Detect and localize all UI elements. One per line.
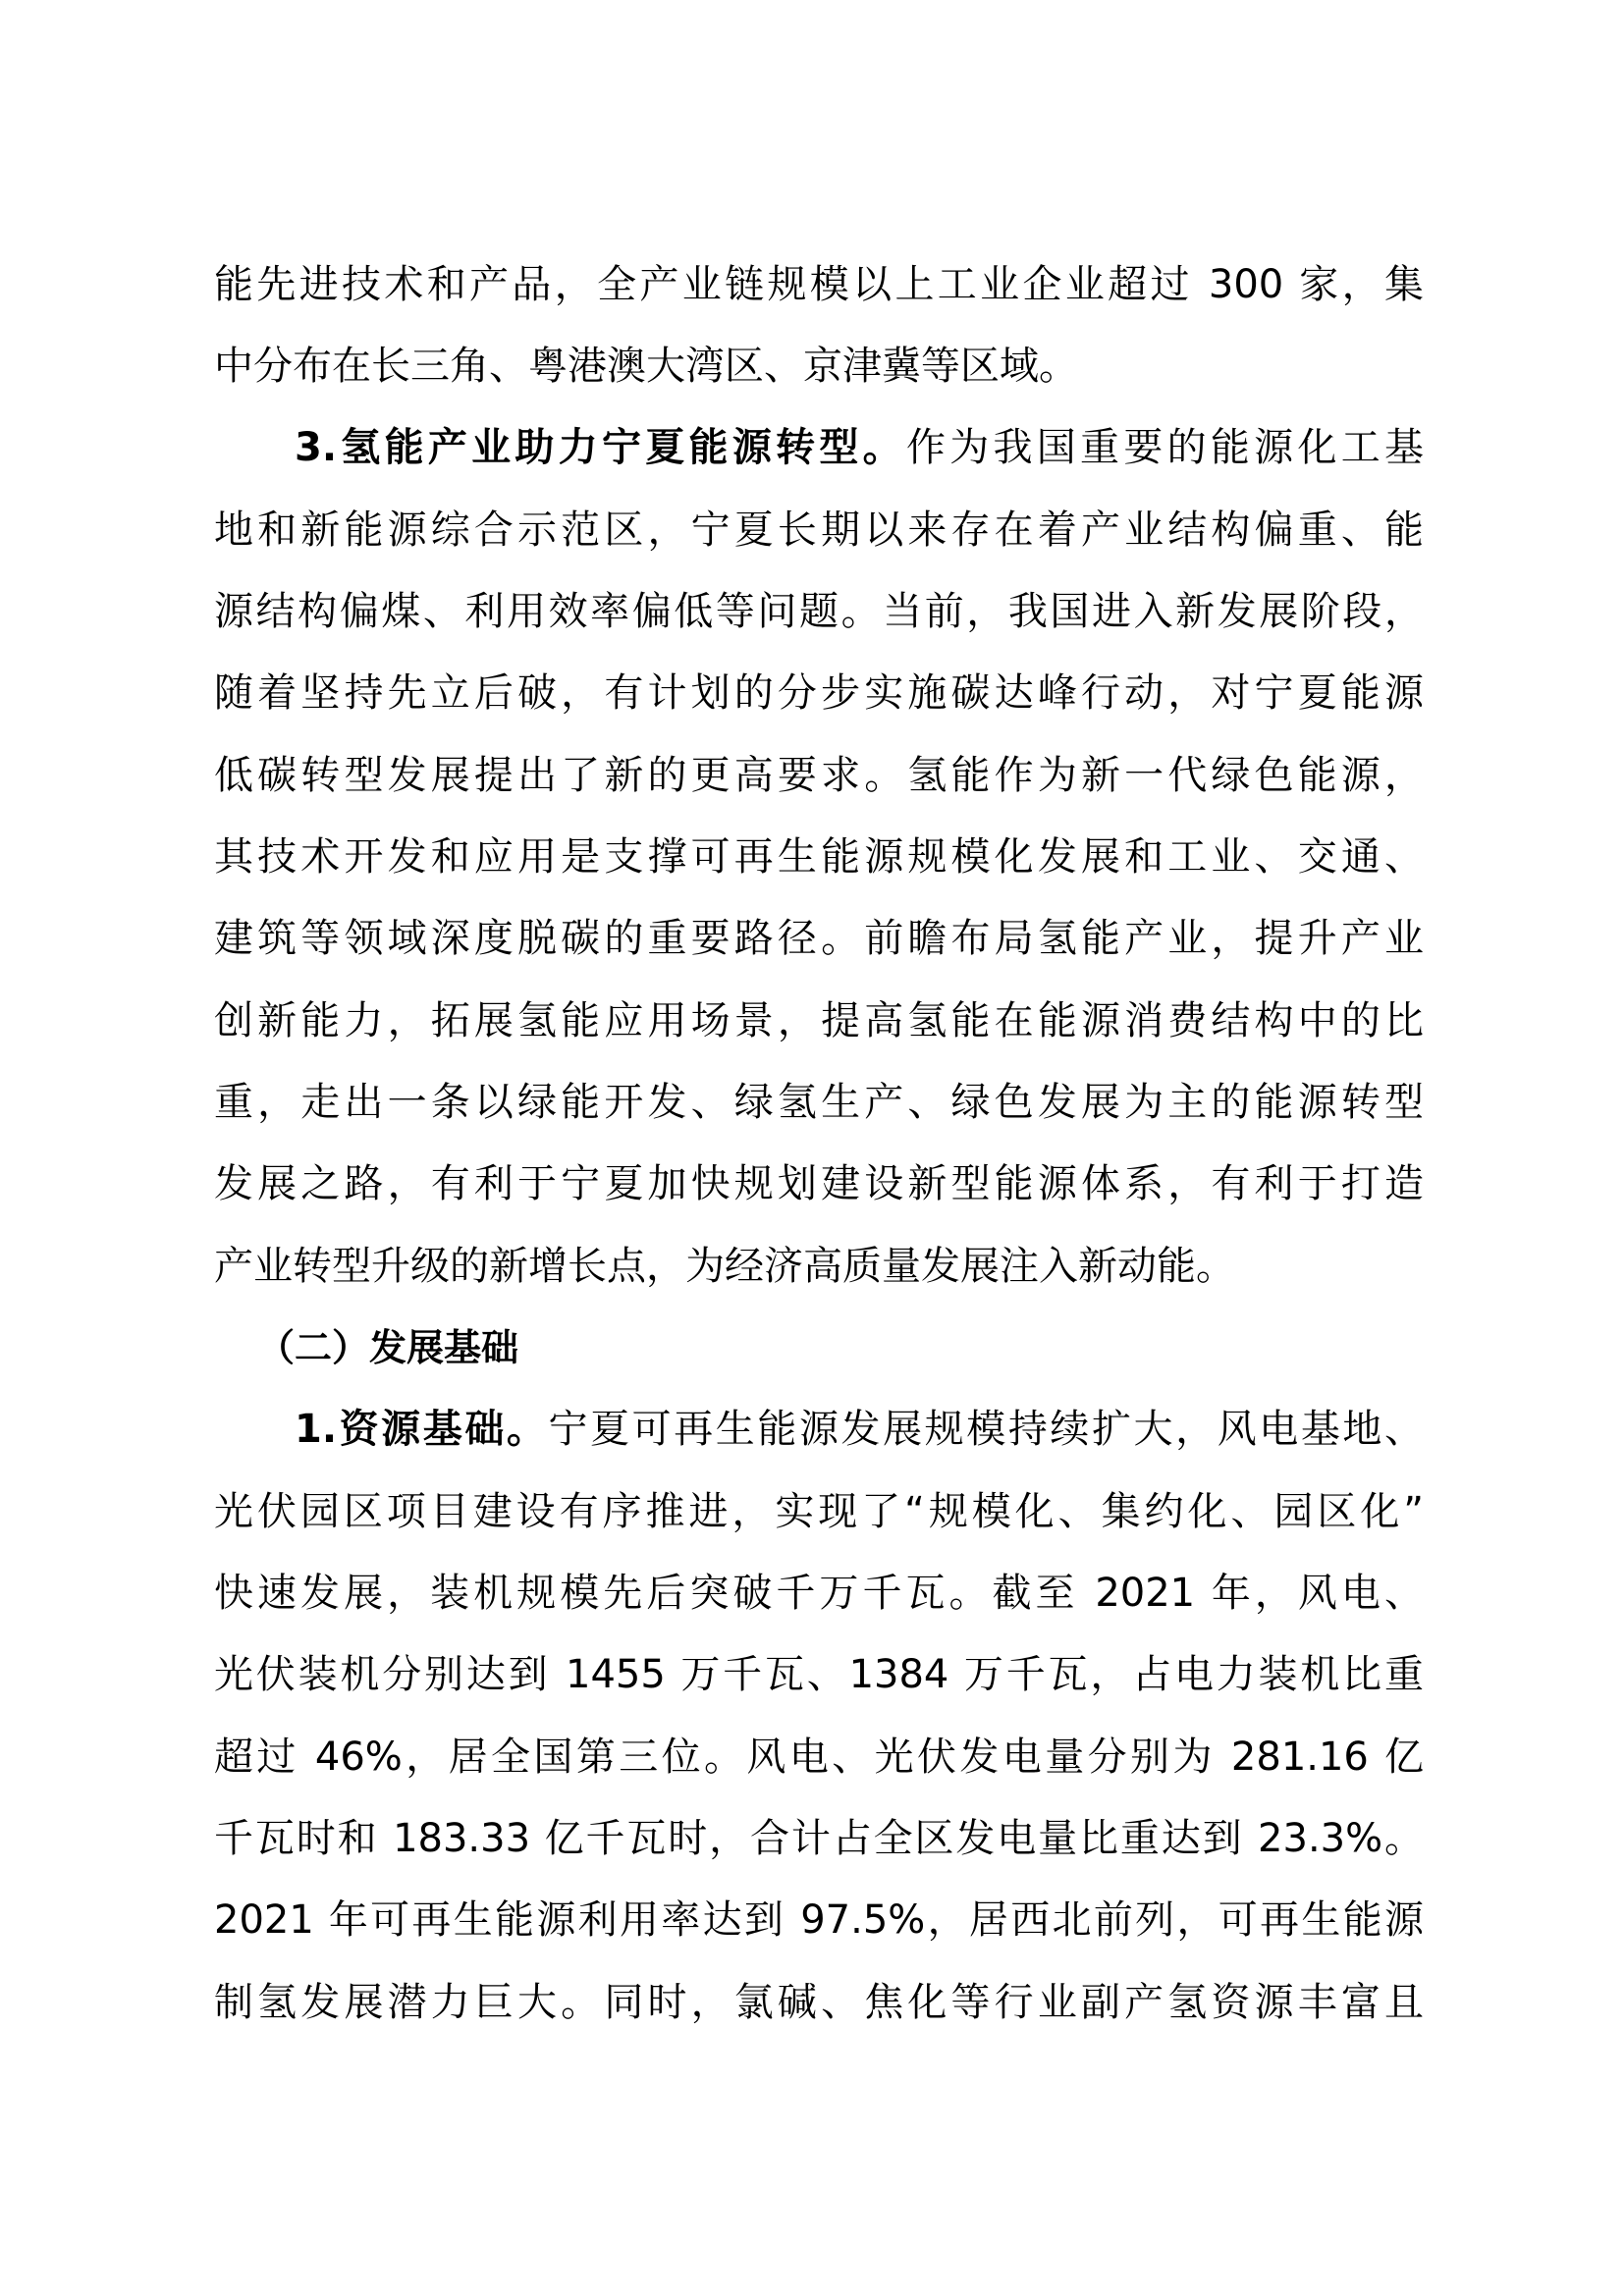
paragraph-line: 建筑等领域深度脱碳的重要路径。前瞻布局氢能产业，提升产业: [214, 909, 1424, 968]
paragraph-line: 重，走出一条以绿能开发、绿氢生产、绿色发展为主的能源转型: [214, 1073, 1424, 1132]
line-text: 随着坚持先立后破，有计划的分步实施碳达峰行动，对宁夏能源: [214, 670, 1424, 716]
section-lead-title: 1.资源基础。: [295, 1407, 548, 1452]
section-heading: （二）发展基础: [257, 1318, 846, 1377]
paragraph-line: 制氢发展潜力巨大。同时，氯碱、焦化等行业副产氢资源丰富且: [214, 1973, 1424, 2032]
line-text: 光伏园区项目建设有序推进，实现了“规模化、集约化、园区化”: [214, 1489, 1424, 1534]
line-text: 地和新能源综合示范区，宁夏长期以来存在着产业结构偏重、能: [214, 507, 1424, 553]
line-text: 2021 年可再生能源利用率达到 97.5%，居西北前列，可再生能源: [214, 1897, 1424, 1943]
line-text: 能先进技术和产品，全产业链规模以上工业企业超过 300 家，集: [214, 262, 1424, 307]
paragraph-line: 千瓦时和 183.33 亿千瓦时，合计占全区发电量比重达到 23.3%。: [214, 1809, 1424, 1868]
paragraph-line: 低碳转型发展提出了新的更高要求。氢能作为新一代绿色能源，: [214, 746, 1424, 805]
document-page: 能先进技术和产品，全产业链规模以上工业企业超过 300 家，集 中分布在长三角、…: [0, 0, 1624, 2296]
paragraph-line: 能先进技术和产品，全产业链规模以上工业企业超过 300 家，集: [214, 255, 1424, 314]
paragraph-line: 创新能力，拓展氢能应用场景，提高氢能在能源消费结构中的比: [214, 991, 1424, 1050]
paragraph-line: 超过 46%，居全国第三位。风电、光伏发电量分别为 281.16 亿: [214, 1728, 1424, 1787]
paragraph-line: 随着坚持先立后破，有计划的分步实施碳达峰行动，对宁夏能源: [214, 664, 1424, 722]
line-text: 千瓦时和 183.33 亿千瓦时，合计占全区发电量比重达到 23.3%。: [214, 1816, 1424, 1861]
paragraph-line: 光伏园区项目建设有序推进，实现了“规模化、集约化、园区化”: [214, 1482, 1424, 1541]
line-text: 其技术开发和应用是支撑可再生能源规模化发展和工业、交通、: [214, 834, 1424, 880]
paragraph-line: 光伏装机分别达到 1455 万千瓦、1384 万千瓦，占电力装机比重: [214, 1645, 1424, 1704]
line-text: 光伏装机分别达到 1455 万千瓦、1384 万千瓦，占电力装机比重: [214, 1652, 1424, 1697]
line-text: 宁夏可再生能源发展规模持续扩大，风电基地、: [548, 1407, 1424, 1452]
paragraph-line: 地和新能源综合示范区，宁夏长期以来存在着产业结构偏重、能: [214, 501, 1424, 560]
line-text: 建筑等领域深度脱碳的重要路径。前瞻布局氢能产业，提升产业: [214, 916, 1424, 961]
line-text: 创新能力，拓展氢能应用场景，提高氢能在能源消费结构中的比: [214, 998, 1424, 1043]
paragraph-line: 源结构偏煤、利用效率偏低等问题。当前，我国进入新发展阶段，: [214, 582, 1424, 641]
section-lead-line: 1.资源基础。宁夏可再生能源发展规模持续扩大，风电基地、: [295, 1400, 1424, 1459]
paragraph-line: 产业转型升级的新增长点，为经济高质量发展注入新动能。: [214, 1237, 1424, 1296]
paragraph-line: 快速发展，装机规模先后突破千万千瓦。截至 2021 年，风电、: [214, 1564, 1424, 1623]
paragraph-line: 发展之路，有利于宁夏加快规划建设新型能源体系，有利于打造: [214, 1154, 1424, 1213]
line-text: 低碳转型发展提出了新的更高要求。氢能作为新一代绿色能源，: [214, 753, 1424, 798]
paragraph-line: 2021 年可再生能源利用率达到 97.5%，居西北前列，可再生能源: [214, 1891, 1424, 1949]
line-text: 重，走出一条以绿能开发、绿氢生产、绿色发展为主的能源转型: [214, 1080, 1424, 1125]
line-text: 超过 46%，居全国第三位。风电、光伏发电量分别为 281.16 亿: [214, 1735, 1424, 1780]
line-text: 中分布在长三角、粤港澳大湾区、京津冀等区域。: [214, 344, 1078, 389]
line-text: 源结构偏煤、利用效率偏低等问题。当前，我国进入新发展阶段，: [214, 589, 1424, 634]
line-text: 作为我国重要的能源化工基: [906, 425, 1424, 470]
line-text: 制氢发展潜力巨大。同时，氯碱、焦化等行业副产氢资源丰富且: [214, 1980, 1424, 2025]
paragraph-line: 中分布在长三角、粤港澳大湾区、京津冀等区域。: [214, 337, 1424, 396]
section-lead-line: 3.氢能产业助力宁夏能源转型。作为我国重要的能源化工基: [295, 418, 1424, 477]
line-text: 产业转型升级的新增长点，为经济高质量发展注入新动能。: [214, 1244, 1235, 1289]
line-text: 快速发展，装机规模先后突破千万千瓦。截至 2021 年，风电、: [214, 1571, 1424, 1616]
section-heading-text: （二）发展基础: [257, 1325, 518, 1369]
paragraph-line: 其技术开发和应用是支撑可再生能源规模化发展和工业、交通、: [214, 828, 1424, 886]
line-text: 发展之路，有利于宁夏加快规划建设新型能源体系，有利于打造: [214, 1161, 1424, 1206]
section-lead-title: 3.氢能产业助力宁夏能源转型。: [295, 425, 906, 470]
